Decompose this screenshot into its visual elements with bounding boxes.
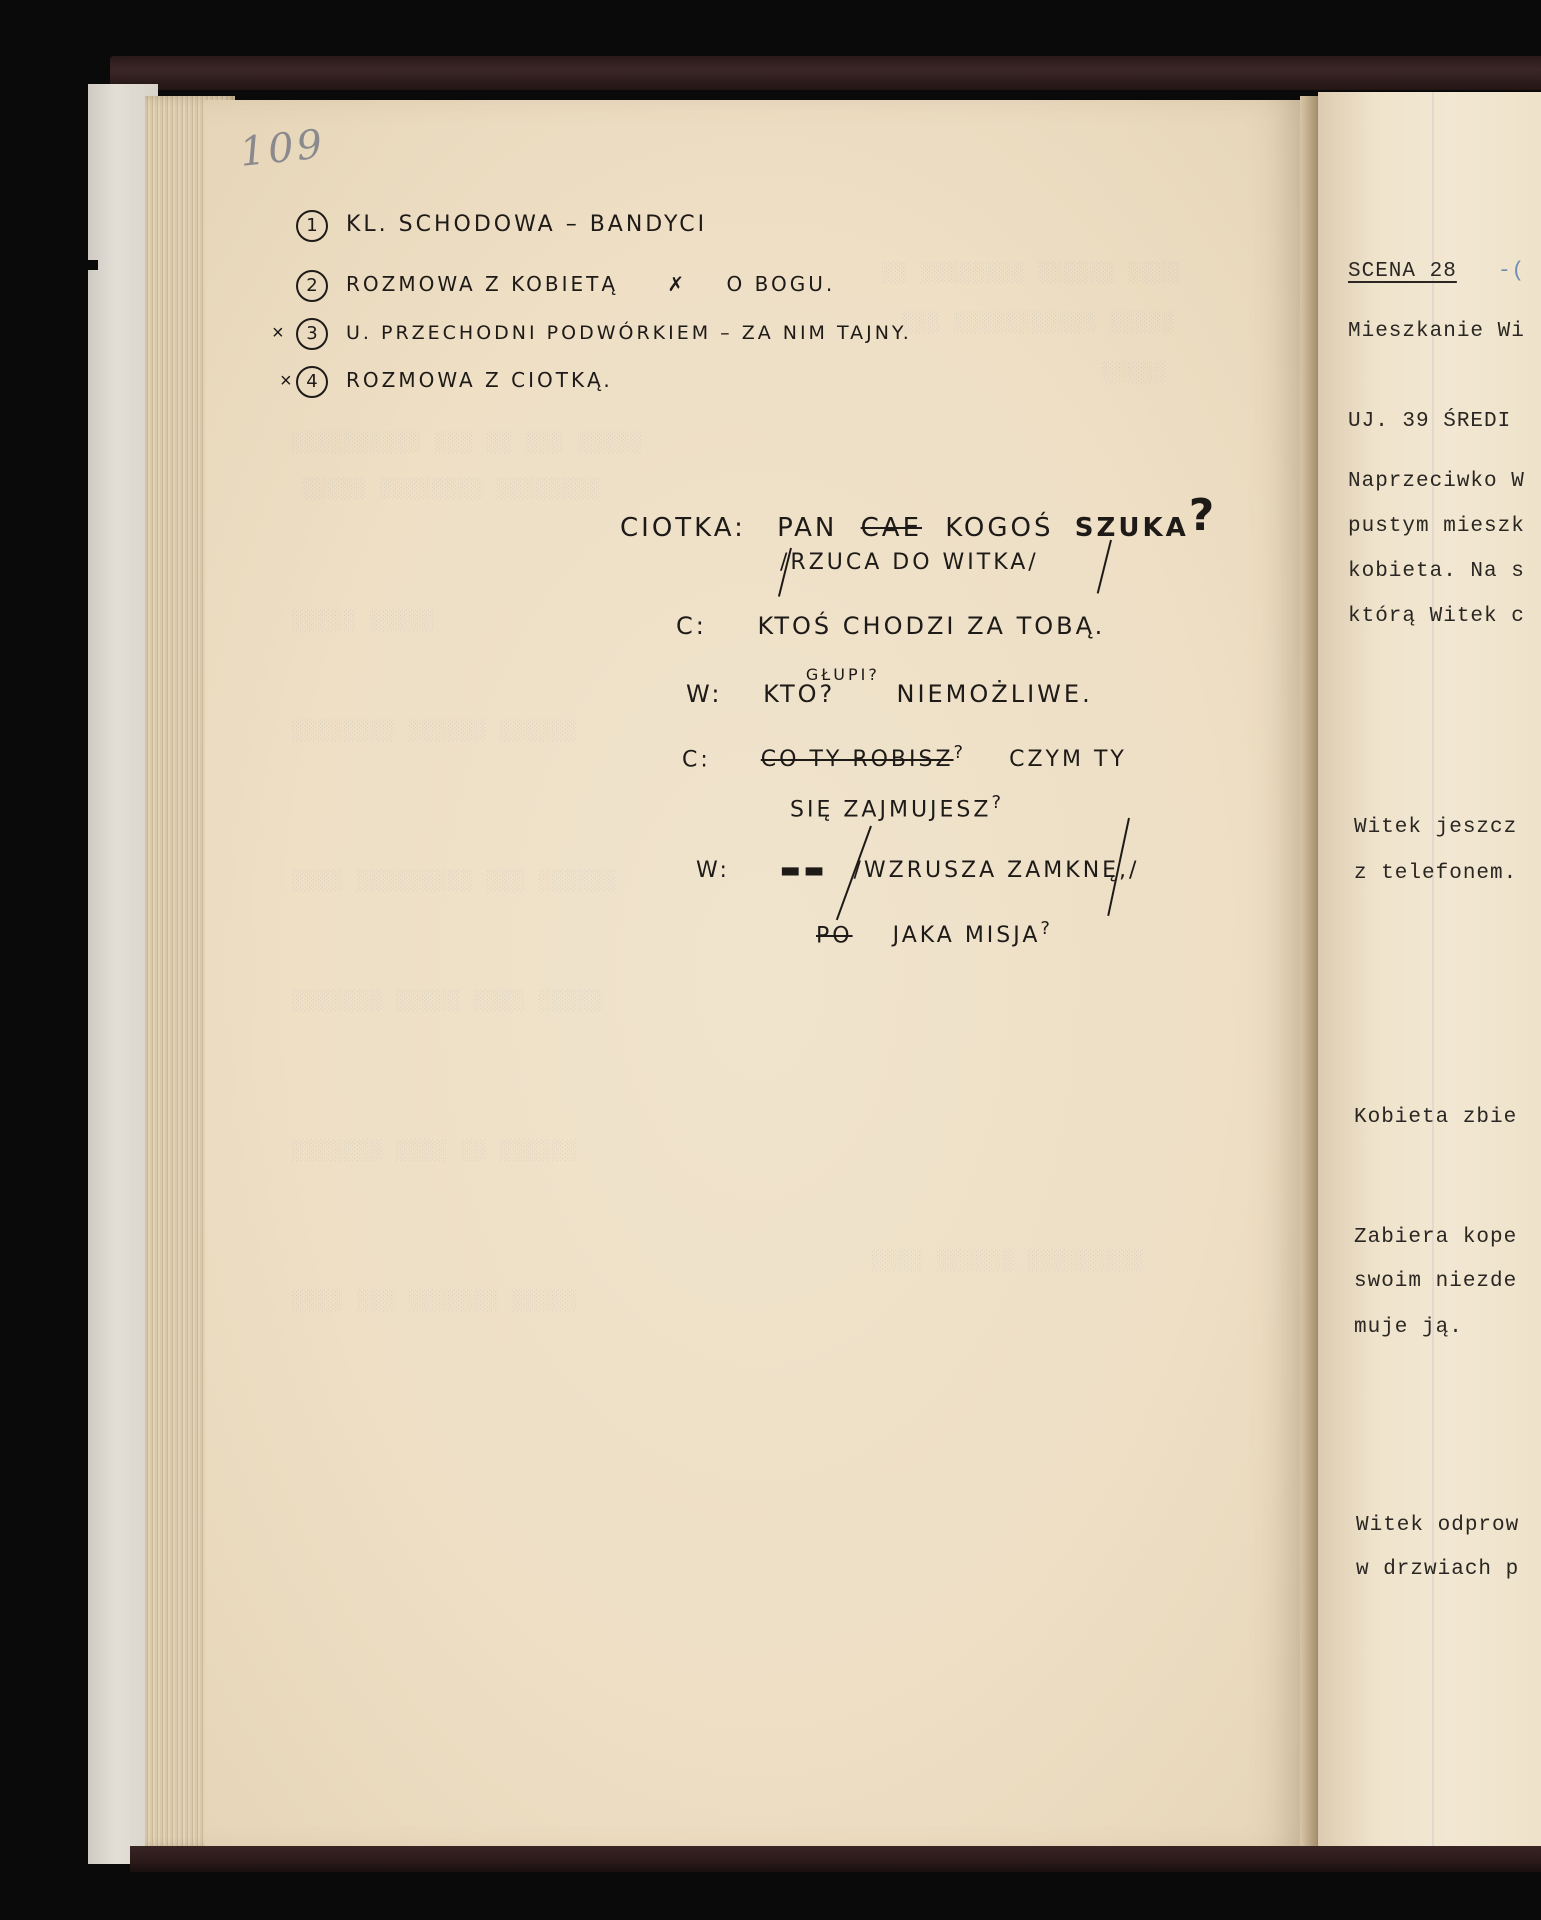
scene-list-text: ROZMOWA Z KOBIETĄ (346, 272, 618, 296)
bleed-through-text: ░░░░ ░░░░░░ ░░░░░░░░ ░░ (880, 262, 1179, 285)
dialogue-line: C: CO TY ROBISZ? CZYM TY (682, 742, 1127, 772)
scene-list-item: 3U. PRZECHODNI PODWÓRKIEM – ZA NIM TAJNY… (296, 318, 912, 350)
scene-heading-suffix-text: -( (1498, 260, 1525, 283)
typed-line: w drzwiach p (1356, 1558, 1519, 1581)
typed-line: Witek jeszcz (1354, 816, 1517, 839)
circled-number: 1 (296, 210, 328, 242)
dialogue-line: PO JAKA MISJA? (816, 918, 1050, 948)
scene-list-item: 1KL. SCHODOWA – BANDYCI (296, 210, 707, 242)
dialogue-text-bold: SZUKA (1075, 513, 1189, 543)
typed-line: Naprzeciwko W (1348, 470, 1525, 493)
right-page-fold-line (1432, 92, 1434, 1848)
bleed-through-text: ░░░░░ ░░░░░░░ ░░░ ░░░░ (290, 1290, 576, 1313)
question-mark: ? (1189, 490, 1218, 541)
circled-number: 4 (296, 366, 328, 398)
typed-line: muje ją. (1354, 1316, 1463, 1339)
bleed-through-text: ░░░░░░ ░░░ ░░░░░░░░░ ░░░░ (290, 870, 615, 893)
dialogue-line: W: KTO? GŁUPI? NIEMOŻLIWE. (686, 680, 1093, 708)
dialogue-text: SIĘ ZAJMUJESZ (790, 797, 991, 822)
question-mark: ? (991, 792, 1001, 813)
dialogue-text: PAN (777, 513, 837, 543)
dialogue-text: KOGOŚ (945, 513, 1053, 543)
speaker-label: W: (696, 858, 730, 883)
crossed-out-mark: ✗ (667, 272, 687, 296)
speaker-label: CIOTKA: (620, 513, 746, 543)
stage-direction: /WZRUSZA ZAMKNĘ,/ (853, 858, 1139, 883)
book-cover-bottom-edge (130, 1846, 1541, 1872)
speaker-label: W: (686, 680, 722, 708)
dialogue-text: NIEMOŻLIWE. (896, 680, 1092, 708)
struck-text: PO (816, 923, 853, 948)
scene-heading: SCENA 28 (1348, 260, 1457, 283)
scene-list-text-continued: O BOGU. (727, 272, 836, 296)
scene-heading-text: SCENA 28 (1348, 260, 1457, 283)
question-mark: ? (954, 742, 964, 763)
inserted-word: GŁUPI? (806, 665, 880, 684)
typed-line: którą Witek c (1348, 605, 1525, 628)
page-number-pencil: 109 (238, 121, 328, 176)
typed-line: Witek odprow (1356, 1514, 1519, 1537)
typed-line: swoim niezde (1354, 1270, 1517, 1293)
bleed-through-text: ░░░░░ ░░░ ░░ ░░░ ░░░░░░░░░░ (290, 432, 641, 455)
scribbled-out-text: ▬▬ (780, 858, 828, 883)
bleed-through-text: ░░░░░ ░░░░░ (290, 610, 433, 633)
speaker-label: C: (676, 612, 707, 640)
bleed-through-text: ░░░░░░░░ ░░░░░░░░ ░░░░░ (300, 478, 599, 501)
struck-text: CO TY ROBISZ (761, 747, 954, 772)
scene-list-text: ROZMOWA Z CIOTKĄ. (346, 368, 613, 392)
bleed-through-text: ░░░░░░ ░░░░░░ ░░░░░░░░ (290, 720, 576, 743)
bleed-through-text: ░░░░░ (1100, 362, 1165, 385)
scene-list-item: 4ROZMOWA Z CIOTKĄ. (296, 366, 613, 398)
dialogue-line: CIOTKA: PAN CAE KOGOŚ SZUKA? (620, 490, 1217, 543)
dialogue-line: W: ▬▬ /WZRUSZA ZAMKNĘ,/ (696, 858, 1139, 883)
flyleaf-tear (80, 260, 98, 270)
scene-list-text: U. PRZECHODNI PODWÓRKIEM – ZA NIM TAJNY. (346, 322, 912, 344)
dialogue-line: C: KTOŚ CHODZI ZA TOBĄ. (676, 612, 1105, 640)
circled-number: 3 (296, 318, 328, 350)
typed-line: pustym mieszk (1348, 515, 1525, 538)
typed-line: kobieta. Na s (1348, 560, 1525, 583)
dialogue-text: CZYM TY (1009, 747, 1127, 772)
bleed-through-text: ░░░░░ ░░░░░░░░░░░ ░░░ (900, 312, 1173, 335)
right-page (1318, 92, 1541, 1848)
bleed-through-text: ░░░░░░ ░░ ░░░░ ░░░░░░░ (290, 1140, 576, 1163)
book-cover-top-edge (110, 56, 1541, 90)
typed-line: z telefonem. (1354, 862, 1517, 885)
scene-heading-suffix: -( (1498, 260, 1525, 283)
speaker-label: C: (682, 747, 711, 772)
struck-text: CAE (861, 513, 922, 543)
scene-list-text: KL. SCHODOWA – BANDYCI (346, 212, 707, 237)
bleed-through-text: ░░░░░░░░░ ░░░░░░ ░░░░ (870, 1250, 1143, 1273)
typed-line: Kobieta zbie (1354, 1106, 1517, 1129)
typed-line: Mieszkanie Wi (1348, 320, 1525, 343)
bleed-through-text: ░░░░░ ░░░░ ░░░░░ ░░░░░░░ (290, 990, 602, 1013)
circled-number: 2 (296, 270, 328, 302)
question-mark: ? (1040, 918, 1050, 939)
dialogue-text: KTOŚ CHODZI ZA TOBĄ. (757, 612, 1105, 640)
scene-list-item: 2ROZMOWA Z KOBIETĄ ✗ O BOGU. (296, 270, 835, 302)
x-check-mark: × (272, 322, 284, 345)
typed-line: Zabiera kope (1354, 1226, 1517, 1249)
dialogue-line: SIĘ ZAJMUJESZ? (790, 792, 1001, 822)
dialogue-text: JAKA MISJA (893, 923, 1041, 948)
x-check-mark: × (280, 370, 292, 393)
stage-direction: /RZUCA DO WITKA/ (780, 550, 1039, 575)
typed-line: UJ. 39 ŚREDI (1348, 410, 1511, 433)
dialogue-text: KTO? (763, 680, 835, 708)
